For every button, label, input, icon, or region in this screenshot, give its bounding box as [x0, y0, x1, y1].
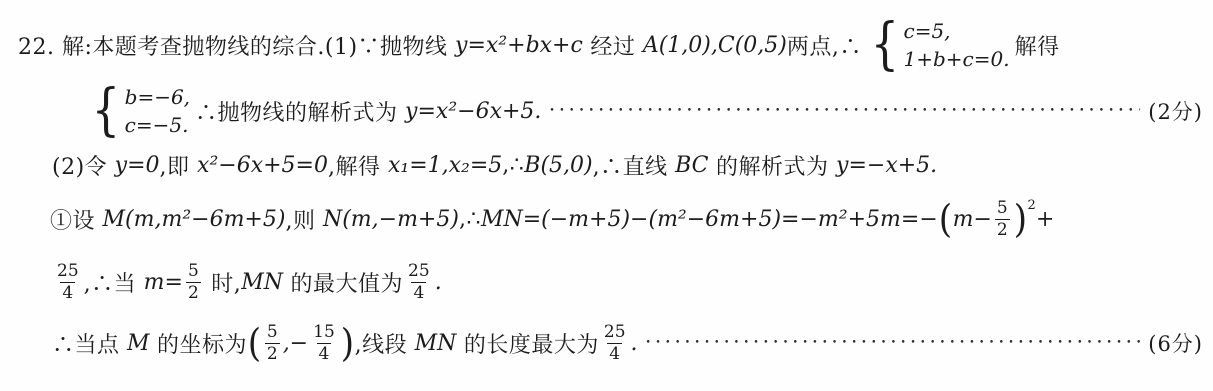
big-paren: ) — [341, 324, 354, 362]
math-run: A(1,0),C(0,5) — [643, 33, 787, 58]
equation-row: c=5, — [904, 17, 951, 45]
math-run: + — [1036, 207, 1054, 232]
text-run: 的最大值为 — [283, 267, 403, 298]
text-run: ,∴ — [459, 207, 481, 232]
fraction-numerator: 15 — [311, 322, 337, 342]
fraction-denominator: 4 — [317, 343, 332, 364]
text-run: ,则 — [285, 204, 323, 235]
text-run: (2)令 — [52, 150, 115, 181]
solution-line-3: (2)令 y=0,即 x²−6x+5=0,解得 x₁=1,x₂=5,∴B(5,0… — [52, 144, 1213, 186]
big-paren: ( — [939, 200, 952, 238]
text-run: ,即 — [160, 150, 198, 181]
fraction-denominator: 2 — [265, 343, 280, 364]
fraction-denominator: 2 — [186, 282, 201, 303]
text-run: 的长度最大为 — [456, 328, 599, 359]
big-paren: ) — [1013, 200, 1026, 238]
text-run: 的解析式为 — [709, 150, 837, 181]
math-run: m− — [953, 207, 992, 232]
fraction: 254 — [406, 261, 432, 302]
text-run: ∴抛物线的解析式为 — [195, 96, 405, 127]
math-run: B(5,0) — [524, 153, 592, 178]
fraction-numerator: 5 — [265, 322, 280, 342]
fraction-numerator: 25 — [406, 261, 432, 281]
dotted-leader: ••••••••••••••••••••••••••••••••••••••••… — [646, 338, 1141, 348]
fraction-denominator: 2 — [995, 219, 1010, 240]
equation-rows: c=5,1+b+c=0. — [904, 17, 1010, 73]
math-run: y=x²−6x+5. — [405, 99, 541, 124]
text-run: ,解得 — [328, 150, 388, 181]
math-run: x²−6x+5=0 — [197, 153, 328, 178]
score-label: (2分) — [1148, 96, 1203, 126]
solution-line-2: {b=−6,c=−5.∴抛物线的解析式为 y=x²−6x+5.•••••••••… — [83, 80, 1203, 142]
fraction-denominator: 4 — [607, 343, 622, 364]
fraction-numerator: 25 — [55, 261, 81, 281]
fraction-denominator: 4 — [60, 282, 75, 303]
equation-row: 1+b+c=0. — [904, 45, 1010, 73]
fraction-numerator: 25 — [602, 322, 628, 342]
fraction-numerator: 5 — [186, 261, 201, 281]
equation-rows: b=−6,c=−5. — [125, 83, 190, 139]
text-run: 的坐标为 — [150, 328, 248, 359]
solution-line-4: ①设 M(m,m²−6m+5),则 N(m,−m+5),∴MN=(−m+5)−(… — [50, 188, 1213, 250]
math-run: m= — [144, 270, 183, 295]
fraction: 52 — [265, 322, 280, 363]
fraction-denominator: 4 — [411, 282, 426, 303]
math-run: . — [631, 331, 638, 356]
text-run: ,∴当 — [84, 267, 144, 298]
math-run: . — [435, 270, 442, 295]
math-run: y=x²+bx+c — [455, 33, 583, 58]
math-run: x₁=1,x₂=5 — [388, 153, 502, 178]
solution-line-5: 254,∴当 m=52 时,MN 的最大值为254. — [52, 253, 1213, 311]
equation-row: b=−6, — [125, 83, 190, 111]
text-run: 时, — [204, 267, 242, 298]
text-run: 解得 — [1015, 30, 1060, 61]
text-run: ,线段 — [355, 328, 415, 359]
math-run: y=0 — [115, 153, 160, 178]
equation-system: {b=−6,c=−5. — [88, 83, 190, 139]
equation-system: {c=5,1+b+c=0. — [867, 17, 1010, 73]
score-label: (6分) — [1148, 328, 1203, 358]
equation-row: c=−5. — [125, 111, 189, 139]
dotted-leader: ••••••••••••••••••••••••••••••••••••••••… — [549, 106, 1140, 116]
math-run: ,− — [283, 331, 308, 356]
fraction: 254 — [602, 322, 628, 363]
math-run: M(m,m²−6m+5) — [103, 207, 286, 232]
text-run: ,∴ — [502, 153, 524, 178]
text-run: 两点,∴ — [787, 30, 862, 61]
solution-line-1: 22. 解:本题考查抛物线的综合.(1)∵抛物线 y=x²+bx+c 经过 A(… — [18, 12, 1213, 78]
math-run: MN — [415, 331, 457, 356]
math-run: y=−x+5. — [836, 153, 937, 178]
exponent: 2 — [1028, 198, 1036, 213]
left-brace: { — [870, 21, 899, 69]
fraction: 154 — [311, 322, 337, 363]
math-run: N(m,−m+5) — [323, 207, 459, 232]
math-run: BC — [675, 153, 708, 178]
text-run: ∴当点 — [52, 328, 127, 359]
text-run: ①设 — [50, 204, 103, 235]
fraction: 52 — [186, 261, 201, 302]
fraction: 254 — [55, 261, 81, 302]
left-brace: { — [92, 87, 121, 135]
solution-line-6: ∴当点 M 的坐标为(52,−154),线段 MN 的长度最大为254.••••… — [52, 314, 1203, 372]
math-run: M — [127, 331, 150, 356]
fraction: 52 — [995, 198, 1010, 239]
document-page: 22. 解:本题考查抛物线的综合.(1)∵抛物线 y=x²+bx+c 经过 A(… — [0, 0, 1213, 391]
math-run: MN=(−m+5)−(m²−6m+5)=−m²+5m=− — [481, 207, 938, 232]
text-run: ,∴直线 — [593, 150, 676, 181]
fraction-numerator: 5 — [995, 198, 1010, 218]
big-paren: ( — [248, 324, 261, 362]
text-run: 经过 — [583, 30, 643, 61]
math-run: MN — [241, 270, 283, 295]
text-run: 22. 解:本题考查抛物线的综合.(1)∵抛物线 — [18, 30, 455, 61]
